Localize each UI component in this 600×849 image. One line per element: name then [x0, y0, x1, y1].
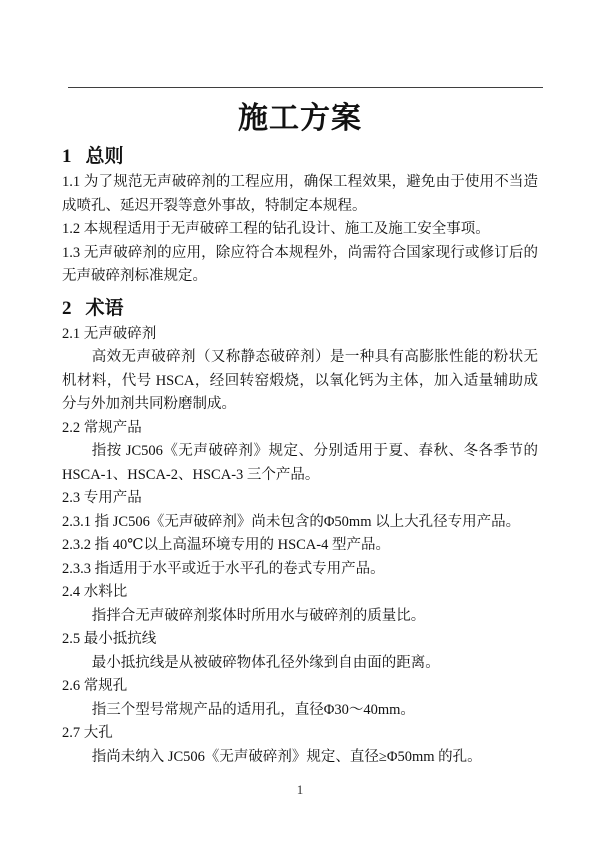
paragraph-1-2: 1.2 本规程适用于无声破碎工程的钻孔设计、施工及施工安全事项。: [62, 218, 538, 242]
paragraph-2-3: 2.3 专用产品: [62, 487, 538, 511]
section-heading-2: 2术语: [62, 295, 538, 323]
section-label: 术语: [86, 298, 124, 319]
paragraph-2-7-definition: 指尚未纳入 JC506《无声破碎剂》规定、直径≥Φ50mm 的孔。: [62, 746, 538, 770]
paragraph-2-3-3: 2.3.3 指适用于水平或近于水平孔的卷式专用产品。: [62, 558, 538, 582]
paragraph-2-5-definition: 最小抵抗线是从被破碎物体孔径外缘到自由面的距离。: [62, 652, 538, 676]
paragraph-2-6: 2.6 常规孔: [62, 675, 538, 699]
paragraph-2-4: 2.4 水料比: [62, 581, 538, 605]
document-content: 施工方案 1总则 1.1 为了规范无声破碎剂的工程应用，确保工程效果，避免由于使…: [62, 88, 538, 769]
page-number: 1: [0, 782, 600, 798]
paragraph-2-3-2: 2.3.2 指 40℃以上高温环境专用的 HSCA-4 型产品。: [62, 534, 538, 558]
paragraph-2-7: 2.7 大孔: [62, 722, 538, 746]
document-page: 施工方案 1总则 1.1 为了规范无声破碎剂的工程应用，确保工程效果，避免由于使…: [0, 0, 600, 849]
paragraph-2-4-definition: 指拌合无声破碎剂浆体时所用水与破碎剂的质量比。: [62, 605, 538, 629]
paragraph-1-3: 1.3 无声破碎剂的应用，除应符合本规程外，尚需符合国家现行或修订后的无声破碎剂…: [62, 242, 538, 289]
paragraph-2-2-definition: 指按 JC506《无声破碎剂》规定、分别适用于夏、春秋、冬各季节的 HSCA-1…: [62, 440, 538, 487]
document-title: 施工方案: [62, 98, 538, 140]
paragraph-2-1-definition: 高效无声破碎剂（又称静态破碎剂）是一种具有高膨胀性能的粉状无机材料，代号 HSC…: [62, 346, 538, 417]
section-number: 2: [62, 295, 72, 323]
paragraph-2-1: 2.1 无声破碎剂: [62, 323, 538, 347]
section-label: 总则: [86, 146, 124, 167]
paragraph-2-3-1: 2.3.1 指 JC506《无声破碎剂》尚未包含的Φ50mm 以上大孔径专用产品…: [62, 511, 538, 535]
paragraph-2-2: 2.2 常规产品: [62, 417, 538, 441]
section-heading-1: 1总则: [62, 143, 538, 171]
paragraph-2-6-definition: 指三个型号常规产品的适用孔，直径Φ30～40mm。: [62, 699, 538, 723]
section-number: 1: [62, 143, 72, 171]
paragraph-2-5: 2.5 最小抵抗线: [62, 628, 538, 652]
paragraph-1-1: 1.1 为了规范无声破碎剂的工程应用，确保工程效果，避免由于使用不当造成喷孔、延…: [62, 171, 538, 218]
